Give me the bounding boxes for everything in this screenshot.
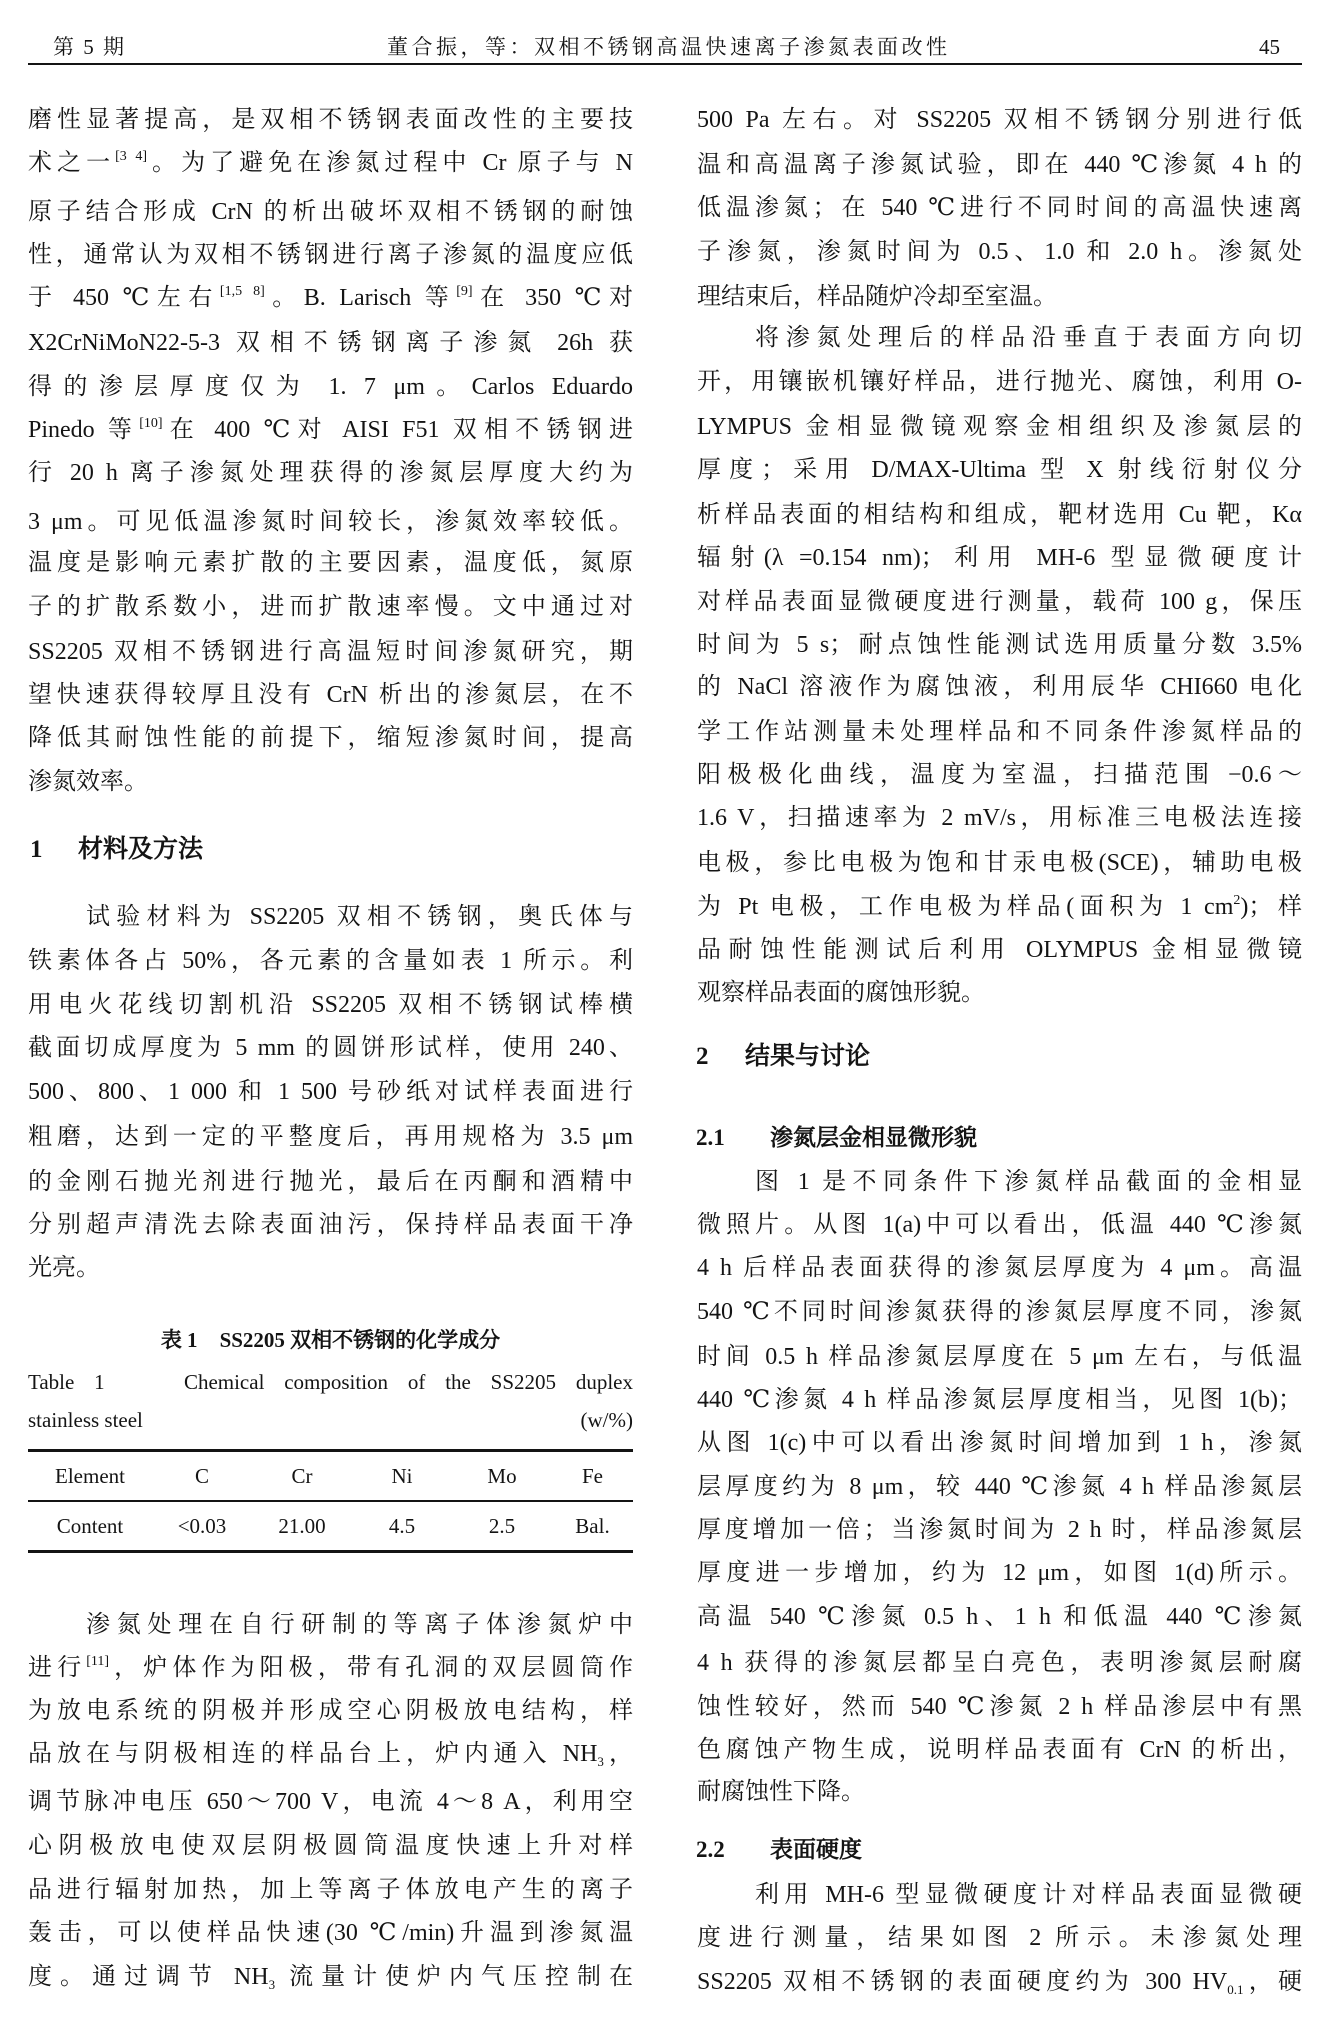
body-line: 观察样品表面的腐蚀形貌。	[697, 971, 1302, 1015]
table-title-en-cont: stainless steel	[28, 1404, 143, 1436]
body-line: 渗氮效率。	[28, 760, 633, 804]
subsection-number: 2.1	[696, 1116, 725, 1160]
body-line: 540 ℃不同时间渗氮获得的渗氮层厚度不同，渗氮	[697, 1290, 1302, 1334]
table-header-row: Element C Cr Ni Mo Fe	[28, 1458, 633, 1494]
body-line: 度进行测量，结果如图 2 所示。未渗氮处理	[697, 1916, 1302, 1960]
body-line: 学工作站测量未处理样品和不同条件渗氮样品的	[697, 710, 1302, 754]
text-segment: Pinedo 等	[28, 417, 139, 443]
body-line: 为 Pt 电极，工作电极为样品(面积为 1 cm2)；样	[697, 885, 1302, 929]
text-segment: 为 Pt 电极，工作电极为样品(面积为 1 cm	[697, 894, 1233, 920]
body-line: 图 1 是不同条件下渗氮样品截面的金相显	[755, 1160, 1302, 1204]
text-segment: 进行	[28, 1655, 86, 1681]
body-line: 电极，参比电极为饱和甘汞电极(SCE)，辅助电极	[697, 841, 1302, 885]
body-line: 微照片。从图 1(a)中可以看出，低温 440 ℃渗氮	[697, 1203, 1302, 1247]
page-number: 45	[1259, 32, 1280, 62]
body-line: 高温 540 ℃渗氮 0.5 h、1 h 和低温 440 ℃渗氮	[697, 1595, 1302, 1639]
citation: [1,5 8]	[220, 284, 265, 299]
body-line: 将渗氮处理后的样品沿垂直于表面方向切	[755, 316, 1302, 360]
subsection-title: 表面硬度	[770, 1828, 862, 1872]
section-heading: 1 材料及方法	[30, 828, 330, 872]
subsection-heading: 2.2 表面硬度	[696, 1828, 996, 1872]
body-line: 于 450 ℃左右[1,5 8]。B. Larisch 等[9]在 350 ℃对	[28, 276, 633, 320]
body-line: 为放电系统的阴极并形成空心阴极放电结构，样	[28, 1689, 633, 1733]
body-line: Pinedo 等[10]在 400 ℃对 AISI F51 双相不锈钢进	[28, 408, 633, 452]
column-header: Ni	[352, 1458, 452, 1494]
body-line: 温度是影响元素扩散的主要因素，温度低，氮原	[28, 541, 633, 585]
body-line: 望快速获得较厚且没有 CrN 析出的渗氮层，在不	[28, 673, 633, 717]
table-cell: <0.03	[152, 1508, 252, 1544]
body-line: 进行[11]，炉体作为阳极，带有孔洞的双层圆筒作	[28, 1646, 633, 1690]
body-line: 渗氮处理在自行研制的等离子体渗氮炉中	[86, 1603, 633, 1647]
table-title-en: Chemical composition of the SS2205 duple…	[184, 1370, 633, 1394]
body-line: 温和高温离子渗氮试验，即在 440 ℃渗氮 4 h 的	[697, 143, 1302, 187]
body-line: 厚度增加一倍；当渗氮时间为 2 h 时，样品渗氮层	[697, 1508, 1302, 1552]
table-top-rule	[28, 1449, 633, 1452]
citation: [11]	[86, 1654, 109, 1669]
subscript: 0.1	[1227, 1982, 1243, 1997]
body-line: 品进行辐射加热，加上等离子体放电产生的离子	[28, 1868, 633, 1912]
body-line: 4 h 获得的渗氮层都呈白亮色，表明渗氮层耐腐	[697, 1641, 1302, 1685]
body-line: 1.6 V，扫描速率为 2 mV/s，用标准三电极法连接	[697, 796, 1302, 840]
section-number: 1	[30, 828, 43, 872]
body-line: 时间 0.5 h 样品渗氮层厚度在 5 μm 左右，与低温	[697, 1335, 1302, 1379]
body-line: 子渗氮，渗氮时间为 0.5、1.0 和 2.0 h。渗氮处	[697, 230, 1302, 274]
body-line: 度。通过调节 NH3 流量计使炉内气压控制在	[28, 1955, 633, 1999]
text-segment: 。B. Larisch 等	[265, 285, 457, 311]
table-cell: Content	[28, 1508, 152, 1544]
body-line: 光亮。	[28, 1246, 633, 1290]
text-segment: SS2205 双相不锈钢的表面硬度约为 300 HV	[697, 1969, 1227, 1995]
body-line: 性，通常认为双相不锈钢进行离子渗氮的温度应低	[28, 233, 633, 277]
table-label: 表 1	[161, 1328, 198, 1352]
body-line: 色腐蚀产物生成，说明样品表面有 CrN 的析出，	[697, 1728, 1302, 1772]
table-unit: (w/%)	[581, 1404, 633, 1436]
body-line: 磨性显著提高，是双相不锈钢表面改性的主要技	[28, 98, 633, 142]
body-line: 调节脉冲电压 650～700 V，电流 4～8 A，利用空	[28, 1780, 633, 1824]
text-segment: ，炉体作为阳极，带有孔洞的双层圆筒作	[109, 1655, 633, 1681]
body-line: 阳极极化曲线，温度为室温，扫描范围 −0.6～	[697, 753, 1302, 797]
table-bottom-rule	[28, 1550, 633, 1553]
text-segment: ，硬	[1243, 1969, 1302, 1995]
body-line: 厚度进一步增加，约为 12 μm，如图 1(d)所示。	[697, 1551, 1302, 1595]
column-header: Mo	[452, 1458, 552, 1494]
body-line: 厚度；采用 D/MAX-Ultima 型 X 射线衍射仪分	[697, 448, 1302, 492]
table-cell: 4.5	[352, 1508, 452, 1544]
body-line: 时间为 5 s；耐点蚀性能测试选用质量分数 3.5%	[697, 623, 1302, 667]
table-cell: 21.00	[252, 1508, 352, 1544]
issue-number: 第 5 期	[53, 32, 126, 62]
text-segment: 在 400 ℃对 AISI F51 双相不锈钢进	[163, 417, 633, 443]
body-line: 原子结合形成 CrN 的析出破坏双相不锈钢的耐蚀	[28, 190, 633, 234]
body-line: 层厚度约为 8 μm，较 440 ℃渗氮 4 h 样品渗氮层	[697, 1465, 1302, 1509]
text-segment: 在 350 ℃对	[473, 285, 633, 311]
body-line: 开，用镶嵌机镶好样品，进行抛光、腐蚀，利用 O-	[697, 360, 1302, 404]
body-line: 行 20 h 离子渗氮处理获得的渗氮层厚度大约为	[28, 451, 633, 495]
body-line: 品放在与阴极相连的样品台上，炉内通入 NH3，	[28, 1732, 633, 1776]
section-title: 结果与讨论	[745, 1035, 870, 1079]
column-header: Fe	[552, 1458, 633, 1494]
table-mid-rule	[28, 1500, 633, 1502]
body-line: 品耐蚀性能测试后利用 OLYMPUS 金相显微镜	[697, 928, 1302, 972]
text-segment: 品放在与阴极相连的样品台上，炉内通入 NH	[28, 1741, 597, 1767]
subsection-title: 渗氮层金相显微形貌	[770, 1116, 977, 1160]
body-line: 3 μm。可见低温渗氮时间较长，渗氮效率较低。	[28, 500, 633, 544]
body-line: 蚀性较好，然而 540 ℃渗氮 2 h 样品渗层中有黑	[697, 1685, 1302, 1729]
text-segment: ，	[604, 1741, 633, 1767]
body-line: SS2205 双相不锈钢进行高温短时间渗氮研究，期	[28, 630, 633, 674]
table-caption-cn: 表 1SS2205 双相不锈钢的化学成分	[28, 1324, 633, 1356]
body-line: 试验材料为 SS2205 双相不锈钢，奥氏体与	[86, 895, 633, 939]
text-segment: 流量计使炉内气压控制在	[275, 1964, 633, 1990]
text-segment: )；样	[1240, 894, 1302, 920]
body-line: SS2205 双相不锈钢的表面硬度约为 300 HV0.1，硬	[697, 1960, 1302, 2004]
body-line: 低温渗氮；在 540 ℃进行不同时间的高温快速离	[697, 186, 1302, 230]
text-segment: 度。通过调节 NH	[28, 1964, 269, 1990]
citation: [10]	[139, 416, 162, 431]
body-line: X2CrNiMoN22-5-3 双相不锈钢离子渗氮 26h 获	[28, 321, 633, 365]
journal-page: 第 5 期 董合振，等：双相不锈钢高温快速离子渗氮表面改性 45 磨性显著提高，…	[0, 0, 1330, 2023]
table-title: SS2205 双相不锈钢的化学成分	[220, 1328, 501, 1352]
body-line: 降低其耐蚀性能的前提下，缩短渗氮时间，提高	[28, 716, 633, 760]
body-line: 的 NaCl 溶液作为腐蚀液，利用辰华 CHI660 电化	[697, 665, 1302, 709]
body-line: 辐射(λ =0.154 nm)；利用 MH-6 型显微硬度计	[697, 536, 1302, 580]
column-header: Element	[28, 1458, 152, 1494]
body-line: 利用 MH-6 型显微硬度计对样品表面显微硬	[755, 1873, 1302, 1917]
subsection-number: 2.2	[696, 1828, 725, 1872]
section-title: 材料及方法	[78, 828, 203, 872]
body-line: 440 ℃渗氮 4 h 样品渗氮层厚度相当，见图 1(b)；	[697, 1378, 1302, 1422]
table-label-en: Table 1	[28, 1370, 105, 1394]
text-segment: 术之一	[28, 150, 115, 176]
header-rule	[28, 63, 1302, 65]
section-number: 2	[696, 1035, 709, 1079]
table-cell: 2.5	[452, 1508, 552, 1544]
subsection-heading: 2.1 渗氮层金相显微形貌	[696, 1116, 1096, 1160]
body-line: 粗磨，达到一定的平整度后，再用规格为 3.5 μm	[28, 1115, 633, 1159]
table-caption-en: Table 1 Chemical composition of the SS22…	[28, 1366, 633, 1398]
text-segment: 。为了避免在渗氮过程中 Cr 原子与 N	[147, 150, 633, 176]
body-line: 析样品表面的相结构和组成，靶材选用 Cu 靶，Kα	[697, 493, 1302, 537]
body-line: 500 Pa 左右。对 SS2205 双相不锈钢分别进行低	[697, 98, 1302, 142]
body-line: LYMPUS 金相显微镜观察金相组织及渗氮层的	[697, 405, 1302, 449]
citation: [9]	[456, 284, 472, 299]
body-line: 耐腐蚀性下降。	[697, 1770, 1302, 1814]
body-line: 从图 1(c)中可以看出渗氮时间增加到 1 h，渗氮	[697, 1421, 1302, 1465]
body-line: 心阴极放电使双层阴极圆筒温度快速上升对样	[28, 1824, 633, 1868]
citation: [3 4]	[115, 149, 147, 164]
body-line: 分别超声清洗去除表面油污，保持样品表面干净	[28, 1203, 633, 1247]
table-row: Content <0.03 21.00 4.5 2.5 Bal.	[28, 1508, 633, 1544]
body-line: 500、800、1 000 和 1 500 号砂纸对试样表面进行	[28, 1070, 633, 1114]
body-line: 用电火花线切割机沿 SS2205 双相不锈钢试棒横	[28, 983, 633, 1027]
body-line: 轰击，可以使样品快速(30 ℃/min)升温到渗氮温	[28, 1911, 633, 1955]
column-header: C	[152, 1458, 252, 1494]
column-header: Cr	[252, 1458, 352, 1494]
section-heading: 2 结果与讨论	[696, 1035, 996, 1079]
body-line: 铁素体各占 50%，各元素的含量如表 1 所示。利	[28, 939, 633, 983]
body-line: 对样品表面显微硬度进行测量，载荷 100 g，保压	[697, 580, 1302, 624]
body-line: 的金刚石抛光剂进行抛光，最后在丙酮和酒精中	[28, 1160, 633, 1204]
body-line: 得的渗层厚度仅为 1. 7 μm。Carlos Eduardo	[28, 365, 633, 409]
body-line: 4 h 后样品表面获得的渗氮层厚度为 4 μm。高温	[697, 1246, 1302, 1290]
body-line: 子的扩散系数小，进而扩散速率慢。文中通过对	[28, 585, 633, 629]
table-cell: Bal.	[552, 1508, 633, 1544]
table-caption-en-line2: stainless steel(w/%)	[28, 1404, 633, 1436]
body-line: 截面切成厚度为 5 mm 的圆饼形试样，使用 240、	[28, 1026, 633, 1070]
running-title: 董合振，等：双相不锈钢高温快速离子渗氮表面改性	[387, 32, 951, 62]
text-segment: 于 450 ℃左右	[28, 285, 220, 311]
body-line: 术之一[3 4]。为了避免在渗氮过程中 Cr 原子与 N	[28, 141, 633, 185]
body-line: 理结束后，样品随炉冷却至室温。	[697, 275, 1302, 319]
